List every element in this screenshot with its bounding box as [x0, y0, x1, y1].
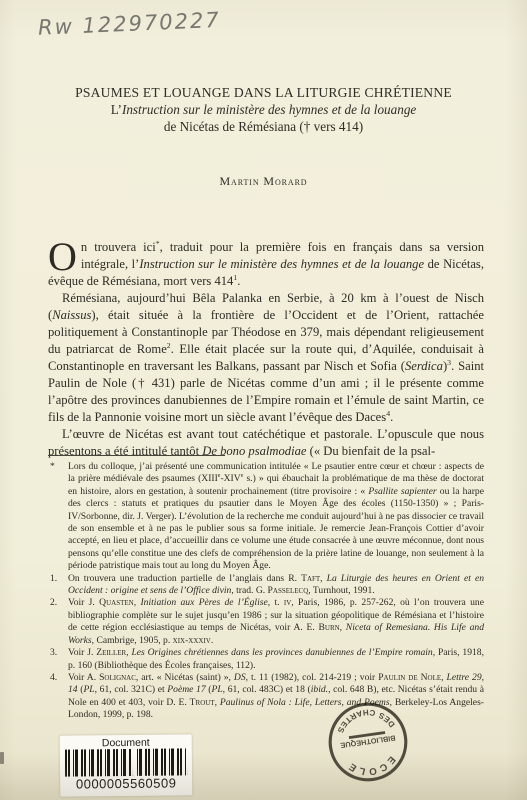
article-title: PSAUMES ET LOUANGE DANS LA LITURGIE CHRÉ… [0, 84, 527, 101]
footnotes: * Lors du colloque, j’ai présenté une co… [48, 461, 484, 722]
title-block: PSAUMES ET LOUANGE DANS LA LITURGIE CHRÉ… [0, 84, 527, 136]
footnote-marker: * [50, 461, 55, 473]
scan-edge-speck [0, 752, 4, 764]
barcode-sticker: Document 0000005560509 [60, 734, 193, 796]
author-name: Martin Morard [0, 174, 527, 189]
footnote-2: 2. Voir J. Quasten, Initiation aux Pères… [48, 597, 484, 647]
barcode-number: 0000005560509 [60, 775, 192, 791]
footnote-text: Voir A. Solignac, art. « Nicétas (saint)… [68, 672, 484, 720]
footnote-3: 3. Voir J. Zeiller, Les Origines chrétie… [48, 647, 484, 672]
footnote-marker: 4. [50, 672, 57, 684]
paragraph-1-text: n trouvera ici*, traduit pour la premièr… [48, 240, 484, 288]
stamp-graphic: ECOLE DES CHARTES BIBLIOTHEQUE [321, 695, 416, 790]
footnote-text: Voir J. Quasten, Initiation aux Pères de… [68, 597, 484, 645]
barcode-bars [65, 748, 187, 776]
footnote-text: Lors du colloque, j’ai présenté une comm… [68, 461, 484, 571]
footnote-asterisk: * Lors du colloque, j’ai présenté une co… [48, 461, 484, 573]
footnote-marker: 2. [50, 597, 57, 609]
footnote-text: On trouvera une traduction partielle de … [68, 573, 484, 596]
footnote-marker: 3. [50, 647, 57, 659]
drop-cap: O [48, 239, 81, 273]
footnote-4: 4. Voir A. Solignac, art. « Nicétas (sai… [48, 672, 484, 722]
footnote-marker: 1. [50, 573, 57, 585]
article-body: On trouvera ici*, traduit pour la premiè… [48, 239, 484, 460]
footnote-separator [48, 455, 225, 456]
scanned-page: Rw 122970227 PSAUMES ET LOUANGE DANS LA … [0, 0, 527, 800]
article-subtitle-line2: de Nicétas de Rémésiana († vers 414) [0, 118, 527, 135]
article-subtitle: L’Instruction sur le ministère des hymne… [0, 101, 527, 118]
footnote-1: 1. On trouvera une traduction partielle … [48, 573, 484, 598]
library-stamp: ECOLE DES CHARTES BIBLIOTHEQUE [321, 695, 416, 790]
handwritten-call-number: Rw 122970227 [38, 6, 259, 40]
paragraph-2: Rémésiana, aujourd’hui Bêla Palanka en S… [48, 290, 484, 426]
paragraph-1: On trouvera ici*, traduit pour la premiè… [48, 239, 484, 290]
footnote-text: Voir J. Zeiller, Les Origines chrétienne… [68, 647, 484, 670]
